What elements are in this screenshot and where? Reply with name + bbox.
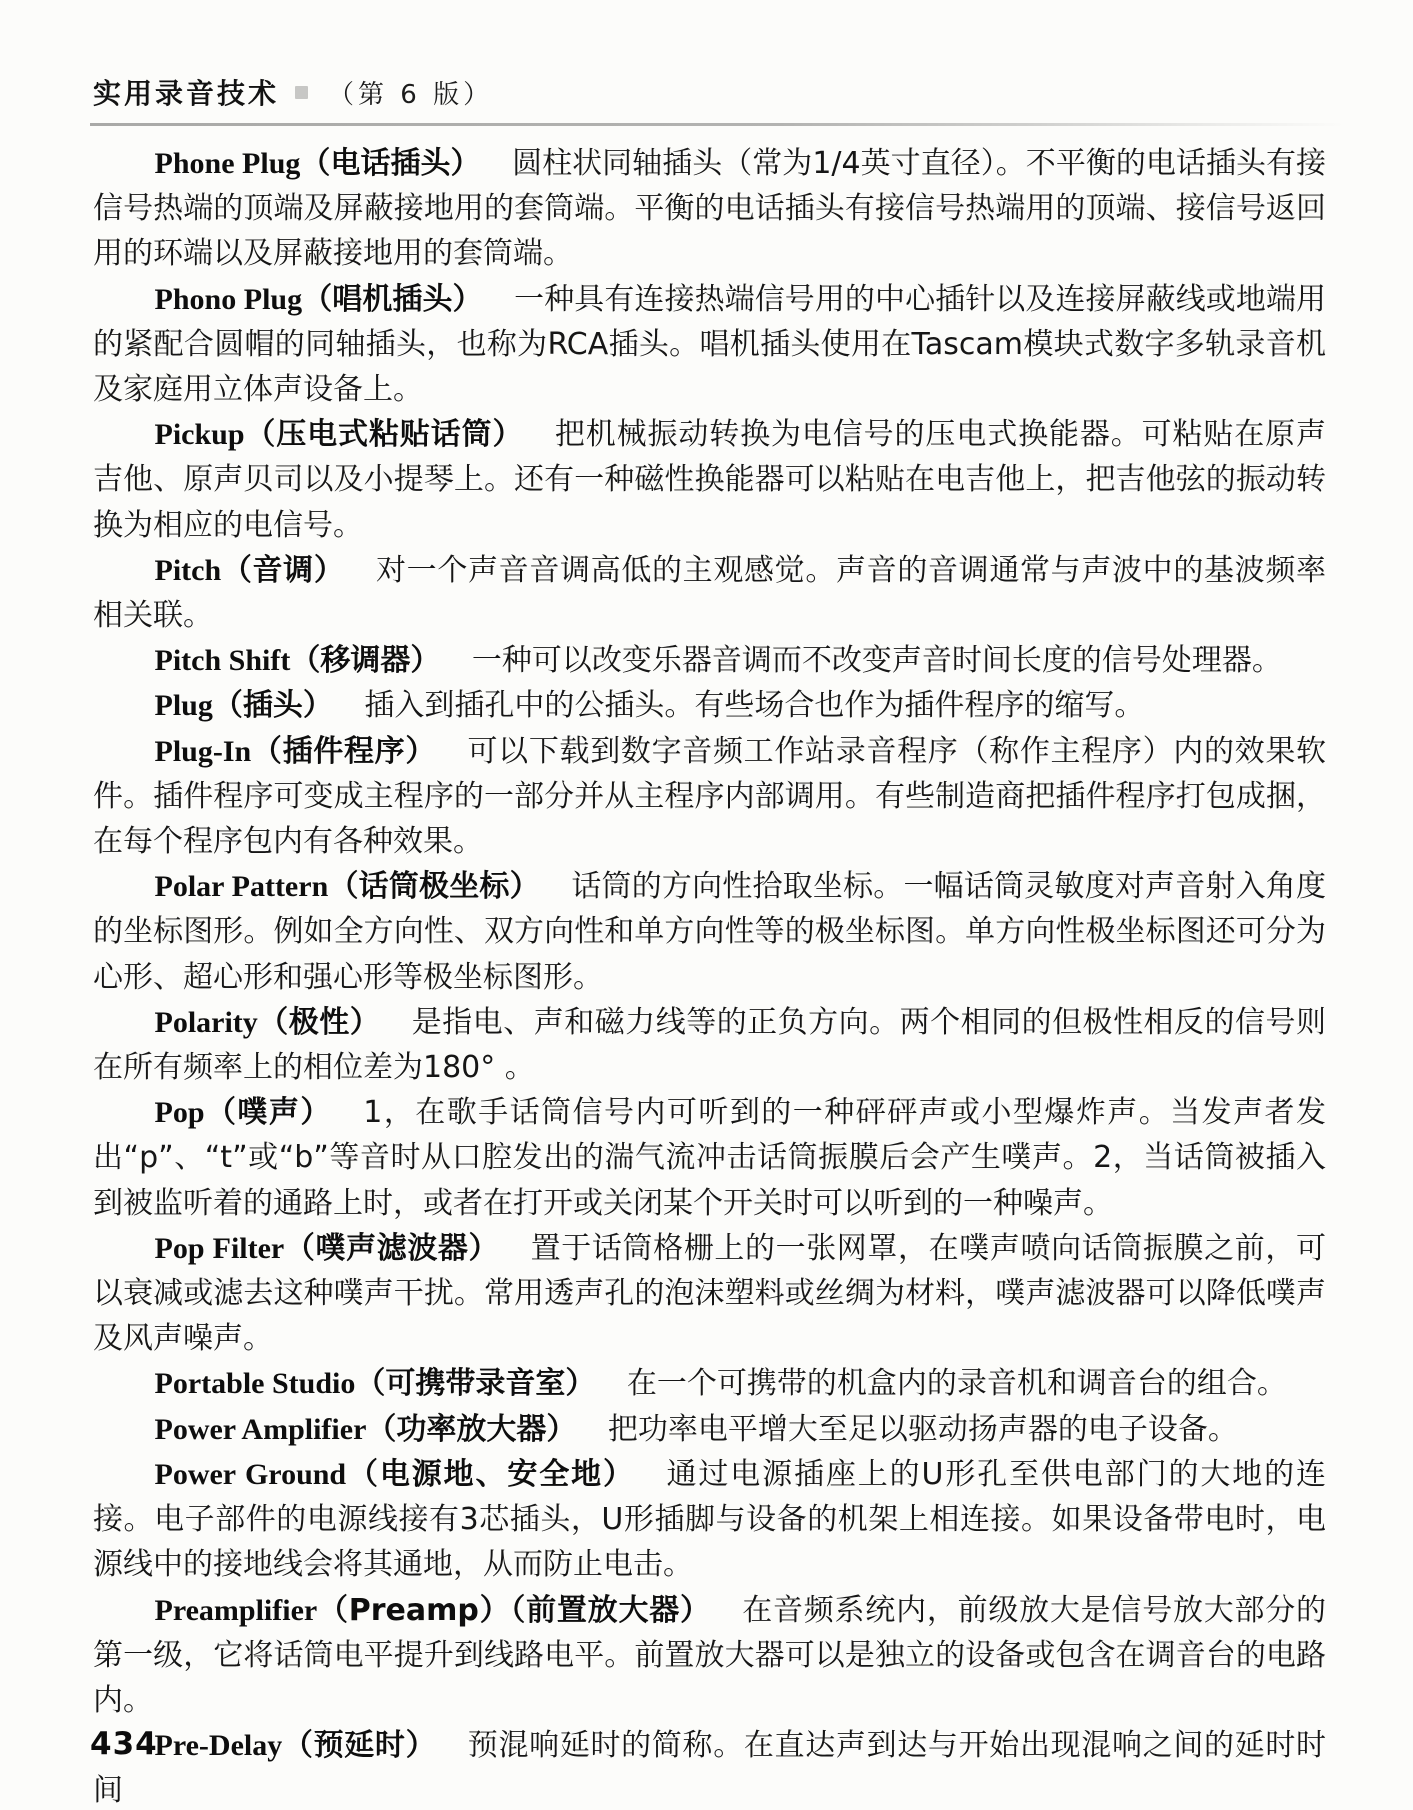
- entry-term: Plug-In: [155, 735, 252, 768]
- running-head-edition: （第 6 版）: [328, 74, 493, 111]
- entry-term-translation: （唱机插头）: [302, 282, 483, 317]
- entry-term: Power Amplifier: [155, 1413, 367, 1446]
- entry-term: Phone Plug: [155, 147, 301, 180]
- glossary-entry: Power Amplifier（功率放大器）把功率电平增大至足以驱动扬声器的电子…: [93, 1407, 1326, 1452]
- glossary-entry: Power Ground（电源地、安全地）通过电源插座上的U形孔至供电部门的大地…: [93, 1452, 1326, 1588]
- entry-term: Pickup: [155, 418, 245, 451]
- glossary-entry: Pop（噗声）1，在歌手话筒信号内可听到的一种砰砰声或小型爆炸声。当发声者发出“…: [93, 1090, 1326, 1226]
- entry-term: Preamplifier: [155, 1594, 318, 1627]
- header-rule: [90, 123, 1345, 126]
- entry-term: Phono Plug: [155, 283, 303, 316]
- glossary-entry: Preamplifier（Preamp）（前置放大器）在音频系统内，前级放大是信…: [93, 1588, 1326, 1724]
- entry-term-translation: （功率放大器）: [366, 1412, 576, 1447]
- glossary-entry: Pre-Delay（预延时）预混响延时的简称。在直达声到达与开始出现混响之间的延…: [93, 1723, 1326, 1810]
- glossary-entry: Pickup（压电式粘贴话筒）把机械振动转换为电信号的压电式换能器。可粘贴在原声…: [93, 412, 1326, 548]
- entry-term-translation: （可携带录音室）: [355, 1366, 595, 1401]
- entry-definition: 在一个可携带的机盒内的录音机和调音台的组合。: [627, 1366, 1287, 1401]
- entry-term-translation: （压电式粘贴话筒）: [245, 417, 524, 452]
- entry-term: Pre-Delay: [155, 1729, 283, 1762]
- entry-term-translation: （预延时）: [282, 1728, 436, 1763]
- entry-term-translation: （电话插头）: [300, 146, 480, 181]
- glossary-entry: Pitch（音调）对一个声音音调高低的主观感觉。声音的音调通常与声波中的基波频率…: [93, 548, 1326, 638]
- book-page: 实用录音技术 （第 6 版） Phone Plug（电话插头）圆柱状同轴插头（常…: [0, 0, 1413, 1810]
- entry-term: Portable Studio: [155, 1367, 356, 1400]
- page-number: 434: [90, 1726, 158, 1762]
- entry-term: Polar Pattern: [155, 870, 329, 903]
- glossary-entry: Pop Filter（噗声滤波器）置于话筒格栅上的一张网罩，在噗声喷向话筒振膜之…: [93, 1226, 1326, 1362]
- glossary-entry: Plug-In（插件程序）可以下载到数字音频工作站录音程序（称作主程序）内的效果…: [93, 729, 1326, 865]
- entry-definition: 插入到插孔中的公插头。有些场合也作为插件程序的缩写。: [364, 688, 1144, 723]
- glossary-entry: Pitch Shift（移调器）一种可以改变乐器音调而不改变声音时间长度的信号处…: [93, 638, 1326, 683]
- entry-term: Pitch Shift: [155, 644, 291, 677]
- entry-term-translation: （移调器）: [290, 643, 440, 678]
- glossary-entry: Phono Plug（唱机插头）一种具有连接热端信号用的中心插针以及连接屏蔽线或…: [93, 277, 1326, 413]
- entry-term-translation: （话筒极坐标）: [328, 869, 540, 904]
- glossary-entry: Polarity（极性）是指电、声和磁力线等的正负方向。两个相同的但极性相反的信…: [93, 1000, 1326, 1090]
- running-head: 实用录音技术 （第 6 版）: [93, 72, 493, 112]
- entry-term: Power Ground: [155, 1458, 347, 1491]
- glossary-entry: Polar Pattern（话筒极坐标）话筒的方向性拾取坐标。一幅话筒灵敏度对声…: [93, 864, 1326, 1000]
- entry-term-translation: （插头）: [213, 688, 333, 723]
- entry-term-translation: （电源地、安全地）: [346, 1457, 635, 1492]
- entry-term-translation: （极性）: [258, 1005, 380, 1040]
- glossary-content: Phone Plug（电话插头）圆柱状同轴插头（常为1/4英寸直径）。不平衡的电…: [93, 141, 1326, 1810]
- running-head-title: 实用录音技术: [93, 72, 279, 112]
- entry-term-translation: （噗声滤波器）: [284, 1231, 499, 1266]
- entry-term: Pitch: [155, 554, 222, 587]
- entry-term: Plug: [155, 689, 213, 722]
- entry-term-translation: （Preamp）（前置放大器）: [317, 1593, 711, 1628]
- square-bullet-icon: [295, 86, 308, 99]
- entry-term-translation: （噗声）: [205, 1095, 332, 1130]
- entry-term-translation: （插件程序）: [251, 734, 436, 769]
- entry-term: Pop: [155, 1096, 205, 1129]
- entry-term: Polarity: [155, 1006, 258, 1039]
- entry-term-translation: （音调）: [221, 553, 344, 588]
- glossary-entry: Plug（插头）插入到插孔中的公插头。有些场合也作为插件程序的缩写。: [93, 683, 1326, 728]
- entry-term: Pop Filter: [155, 1232, 285, 1265]
- glossary-entry: Phone Plug（电话插头）圆柱状同轴插头（常为1/4英寸直径）。不平衡的电…: [93, 141, 1326, 277]
- entry-definition: 把功率电平增大至足以驱动扬声器的电子设备。: [608, 1412, 1238, 1447]
- entry-definition: 一种可以改变乐器音调而不改变声音时间长度的信号处理器。: [472, 643, 1282, 678]
- glossary-entry: Portable Studio（可携带录音室）在一个可携带的机盒内的录音机和调音…: [93, 1361, 1326, 1406]
